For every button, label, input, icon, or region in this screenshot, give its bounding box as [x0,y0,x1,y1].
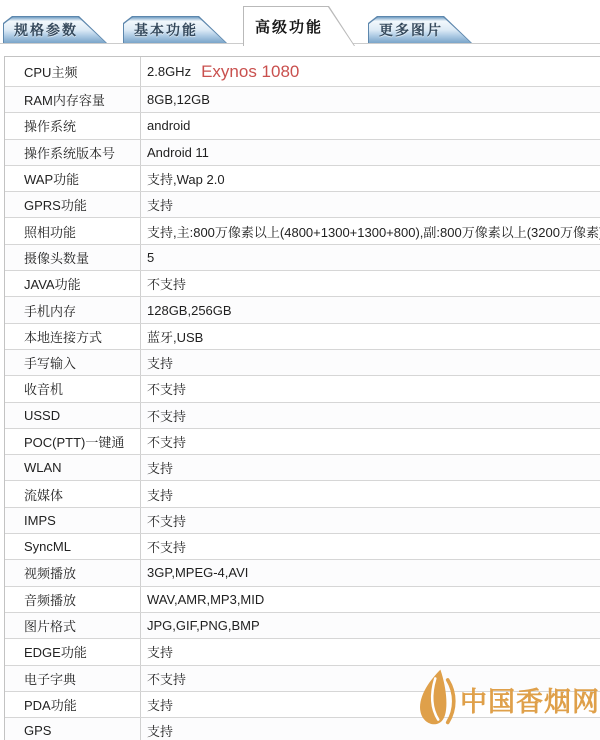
spec-value-text: 支持 [147,721,173,740]
spec-value-text: 不支持 [147,537,186,556]
spec-value: WAV,AMR,MP3,MID [141,587,600,612]
spec-value-text: Android 11 [147,145,209,160]
table-row: 收音机 不支持 [5,376,600,402]
table-row: 摄像头数量 5 [5,245,600,271]
spec-value-text: 2.8GHz [147,64,191,79]
spec-value-text: 不支持 [147,511,186,530]
spec-label: USSD [5,403,141,428]
spec-value: android [141,113,600,138]
spec-value: 不支持 [141,403,600,428]
tab-label: 基本功能 [134,20,216,40]
spec-value-text: android [147,118,190,133]
spec-label: WAP功能 [5,166,141,191]
spec-label: 手写输入 [5,350,141,375]
spec-label: 音频播放 [5,587,141,612]
spec-label: 操作系统版本号 [5,140,141,165]
spec-table: CPU主频 2.8GHz Exynos 1080 RAM内存容量 8GB,12G… [4,56,600,740]
spec-label: 收音机 [5,376,141,401]
spec-value: 不支持 [141,429,600,454]
spec-value-text: 支持 [147,458,173,477]
spec-value: 不支持 [141,271,600,296]
spec-value: 支持 [141,639,600,664]
spec-label: 摄像头数量 [5,245,141,270]
spec-label: WLAN [5,455,141,480]
spec-value: 不支持 [141,534,600,559]
spec-label: CPU主频 [5,57,141,86]
spec-value-text: 支持,Wap 2.0 [147,169,225,188]
tab-advanced-functions[interactable]: 高级功能 [243,6,355,46]
table-row: 本地连接方式 蓝牙,USB [5,324,600,350]
tab-bar-tabs: 规格参数 基本功能 高级功能 更多图片 [0,0,600,46]
tab-bar: 规格参数 基本功能 高级功能 更多图片 [0,0,600,46]
spec-value: 5 [141,245,600,270]
spec-value-text: 支持 [147,642,173,661]
table-row: 操作系统 android [5,113,600,139]
table-row: 手机内存 128GB,256GB [5,297,600,323]
spec-value: 蓝牙,USB [141,324,600,349]
tab-basic-functions[interactable]: 基本功能 [123,16,227,43]
tab-label: 更多图片 [379,20,461,40]
table-row: 电子字典 不支持 [5,666,600,692]
spec-value: 支持 [141,455,600,480]
spec-value: 8GB,12GB [141,87,600,112]
spec-label: 操作系统 [5,113,141,138]
table-row: PDA功能 支持 [5,692,600,718]
spec-label: RAM内存容量 [5,87,141,112]
table-row: 视频播放 3GP,MPEG-4,AVI [5,560,600,586]
spec-value: 支持 [141,718,600,740]
spec-value: 支持 [141,192,600,217]
spec-value-text: 不支持 [147,274,186,293]
spec-value-text: 3GP,MPEG-4,AVI [147,565,248,580]
spec-value-text: WAV,AMR,MP3,MID [147,592,264,607]
table-row: GPRS功能 支持 [5,192,600,218]
spec-value-text: 支持,主:800万像素以上(4800+1300+1300+800),副:800万… [147,222,600,241]
spec-value-text: 支持 [147,195,173,214]
spec-value: 不支持 [141,666,600,691]
table-row: USSD 不支持 [5,403,600,429]
spec-value: 支持,主:800万像素以上(4800+1300+1300+800),副:800万… [141,218,600,243]
spec-label: 照相功能 [5,218,141,243]
spec-value: Android 11 [141,140,600,165]
spec-label: 流媒体 [5,481,141,506]
table-row: SyncML 不支持 [5,534,600,560]
spec-value-text: 不支持 [147,669,186,688]
table-row: IMPS 不支持 [5,508,600,534]
table-row: 照相功能 支持,主:800万像素以上(4800+1300+1300+800),副… [5,218,600,244]
spec-value: 3GP,MPEG-4,AVI [141,560,600,585]
table-row: 音频播放 WAV,AMR,MP3,MID [5,587,600,613]
table-row: WLAN 支持 [5,455,600,481]
table-row: JAVA功能 不支持 [5,271,600,297]
spec-value-text: JPG,GIF,PNG,BMP [147,618,260,633]
table-row: WAP功能 支持,Wap 2.0 [5,166,600,192]
table-row: 图片格式 JPG,GIF,PNG,BMP [5,613,600,639]
tab-specs[interactable]: 规格参数 [3,16,107,43]
spec-label: IMPS [5,508,141,533]
tab-more-images[interactable]: 更多图片 [368,16,472,43]
spec-value-text: 128GB,256GB [147,303,232,318]
spec-label: GPS [5,718,141,740]
table-row: POC(PTT)一键通 不支持 [5,429,600,455]
spec-value-text: 不支持 [147,379,186,398]
table-row: GPS 支持 [5,718,600,740]
spec-value-text: 不支持 [147,432,186,451]
spec-label: PDA功能 [5,692,141,717]
spec-label: SyncML [5,534,141,559]
spec-value: JPG,GIF,PNG,BMP [141,613,600,638]
spec-label: 手机内存 [5,297,141,322]
table-row: CPU主频 2.8GHz Exynos 1080 [5,57,600,87]
spec-value: 支持,Wap 2.0 [141,166,600,191]
spec-value: 2.8GHz Exynos 1080 [141,57,600,86]
table-row: 操作系统版本号 Android 11 [5,140,600,166]
spec-value: 支持 [141,481,600,506]
spec-value-text: 8GB,12GB [147,92,210,107]
spec-value: 支持 [141,350,600,375]
spec-label: POC(PTT)一键通 [5,429,141,454]
spec-label: 图片格式 [5,613,141,638]
table-row: 流媒体 支持 [5,481,600,507]
spec-value-text: 支持 [147,353,173,372]
spec-label: 视频播放 [5,560,141,585]
spec-value: 支持 [141,692,600,717]
table-row: EDGE功能 支持 [5,639,600,665]
spec-label: JAVA功能 [5,271,141,296]
spec-value: 不支持 [141,376,600,401]
spec-value: 不支持 [141,508,600,533]
spec-value: 128GB,256GB [141,297,600,322]
tab-label: 规格参数 [14,20,96,40]
tab-label: 高级功能 [255,16,343,37]
spec-label: 电子字典 [5,666,141,691]
spec-label: EDGE功能 [5,639,141,664]
spec-value-highlight: Exynos 1080 [201,62,299,82]
table-row: RAM内存容量 8GB,12GB [5,87,600,113]
spec-value-text: 不支持 [147,406,186,425]
spec-label: 本地连接方式 [5,324,141,349]
spec-value-text: 蓝牙,USB [147,327,203,346]
table-row: 手写输入 支持 [5,350,600,376]
spec-label: GPRS功能 [5,192,141,217]
spec-value-text: 支持 [147,695,173,714]
spec-value-text: 支持 [147,485,173,504]
spec-value-text: 5 [147,250,154,265]
